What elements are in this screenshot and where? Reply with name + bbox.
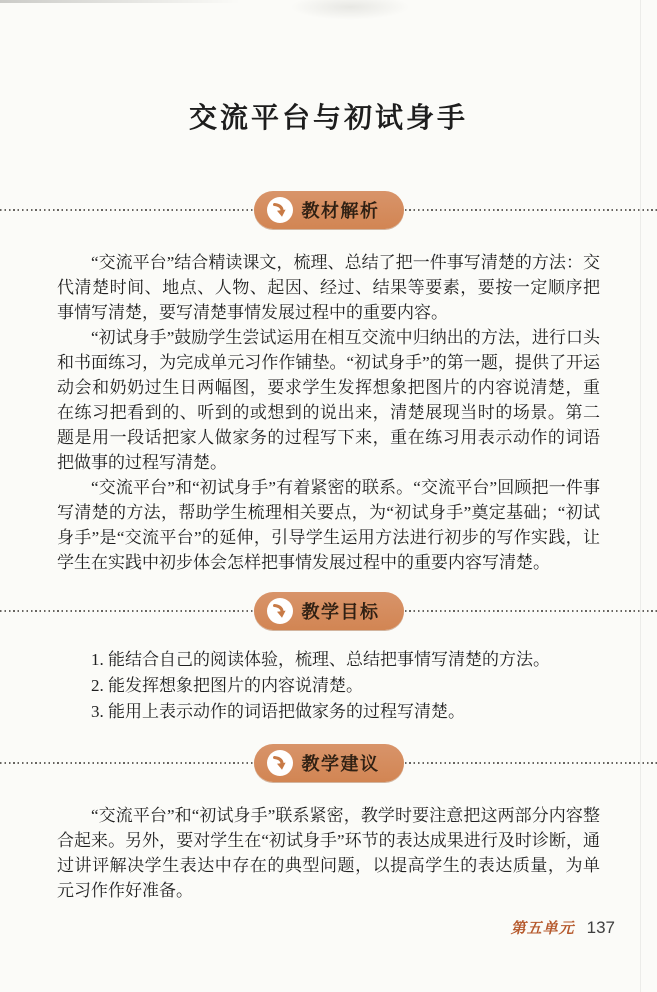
section-body-material-analysis: “交流平台”结合精读课文，梳理、总结了把一件事写清楚的方法：交代清楚时间、地点、…: [0, 230, 657, 575]
paragraph: “交流平台”结合精读课文，梳理、总结了把一件事写清楚的方法：交代清楚时间、地点、…: [57, 250, 600, 325]
page-number: 137: [587, 918, 615, 938]
list-item: 3. 能用上表示动作的词语把做家务的过程写清楚。: [57, 699, 600, 725]
section-badge: 教学目标: [254, 592, 404, 630]
scan-smudge: [290, 0, 410, 20]
page-footer: 第五单元 137: [0, 917, 657, 938]
list-item: 1. 能结合自己的阅读体验，梳理、总结把事情写清楚的方法。: [57, 647, 600, 673]
section-badge: 教材解析: [254, 191, 404, 229]
unit-label: 第五单元: [511, 917, 575, 938]
curved-down-arrow-icon: [266, 597, 294, 625]
paragraph: “交流平台”和“初试身手”有着紧密的联系。“交流平台”回顾把一件事写清楚的方法，…: [57, 475, 600, 575]
section-badge-label: 教材解析: [302, 197, 380, 223]
paragraph: “交流平台”和“初试身手”联系紧密，教学时要注意把这两部分内容整合起来。另外，要…: [57, 803, 600, 903]
curved-down-arrow-icon: [266, 749, 294, 777]
list-item: 2. 能发挥想象把图片的内容说清楚。: [57, 673, 600, 699]
section-header-material-analysis: 教材解析: [0, 190, 657, 230]
curved-down-arrow-icon: [266, 196, 294, 224]
section-header-teaching-suggestions: 教学建议: [0, 743, 657, 783]
teaching-goal-list: 1. 能结合自己的阅读体验，梳理、总结把事情写清楚的方法。 2. 能发挥想象把图…: [0, 631, 657, 725]
section-badge-label: 教学目标: [302, 598, 380, 624]
textbook-page: 交流平台与初试身手 教材解析 “交流平台”结合精读课文，梳理、总结了把一件事写清…: [0, 0, 657, 992]
section-badge-label: 教学建议: [302, 750, 380, 776]
section-badge: 教学建议: [254, 744, 404, 782]
page-title: 交流平台与初试身手: [0, 96, 657, 136]
paragraph: “初试身手”鼓励学生尝试运用在相互交流中归纳出的方法，进行口头和书面练习，为完成…: [57, 325, 600, 475]
section-header-teaching-goals: 教学目标: [0, 591, 657, 631]
scan-edge-streak: [0, 0, 240, 3]
section-body-teaching-suggestions: “交流平台”和“初试身手”联系紧密，教学时要注意把这两部分内容整合起来。另外，要…: [0, 783, 657, 903]
